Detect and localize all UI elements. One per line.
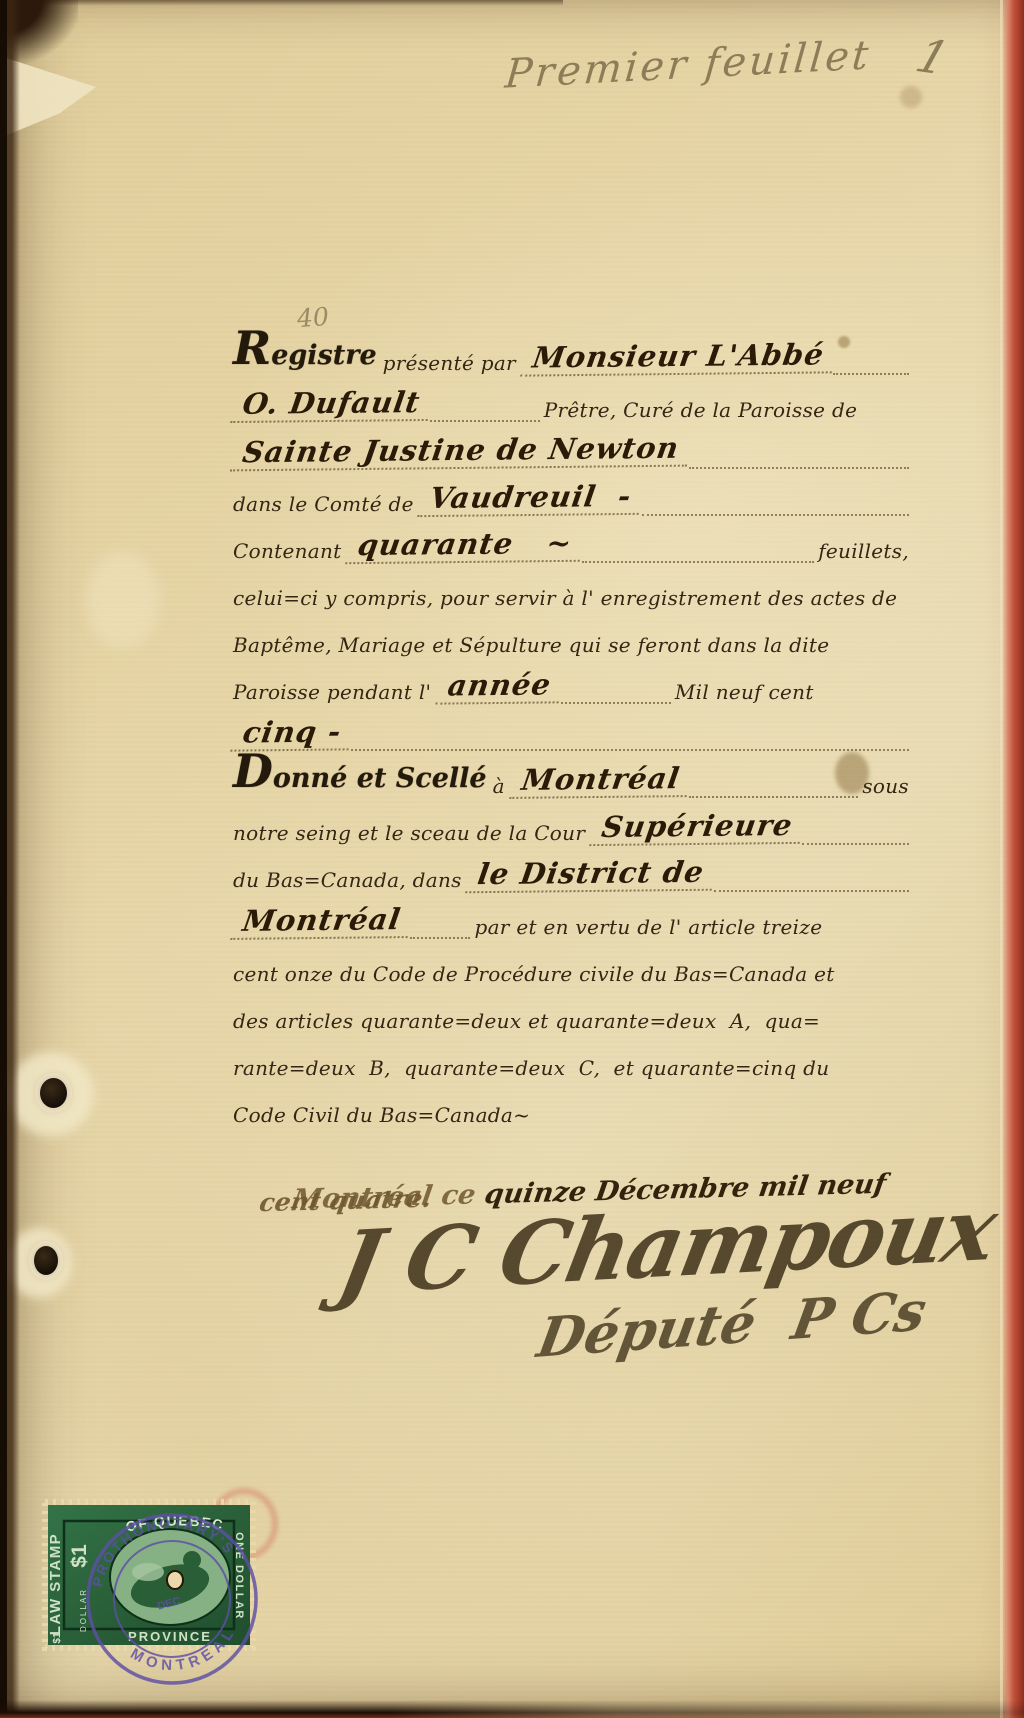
printed-lead-registre: Registre (233, 321, 377, 375)
handwritten-fill: Sainte Justine de Newton (230, 431, 692, 472)
stamp-left-value: $1 (68, 1544, 91, 1568)
printed-text: Mil neuf cent (675, 680, 814, 704)
form-line: O. Dufault Prêtre, Curé de la Paroisse d… (233, 375, 909, 422)
dotted-rule (802, 838, 909, 845)
handwritten-fill: Montréal (509, 761, 692, 799)
register-scan-page: Premier feuillet 1 40 Registre présenté … (0, 0, 1024, 1718)
printed-text: Paroisse pendant l' (233, 680, 438, 704)
form-line: Code Civil du Bas=Canada~ (233, 1080, 909, 1127)
printed-text: Contenant (233, 539, 348, 563)
dotted-rule (833, 368, 909, 375)
printed-text: des articles quarante=deux et quarante=d… (233, 1009, 820, 1033)
page-number: 1 (910, 29, 956, 85)
book-gutter-edge (0, 0, 20, 1718)
dotted-rule (561, 697, 671, 704)
printed-text: celui=ci y compris, pour servir à l' enr… (233, 586, 897, 610)
stamp-figure-head (183, 1551, 201, 1569)
printed-text: rante=deux B, quarante=deux C, et quaran… (233, 1056, 829, 1080)
form-line: Baptême, Mariage et Sépulture qui se fer… (233, 610, 909, 657)
pencil-note-premier-feuillet: Premier feuillet (503, 32, 873, 97)
stamp-punch-hole (167, 1571, 183, 1589)
handwritten-fill: le District de (466, 855, 717, 894)
handwritten-fill: cinq - (230, 714, 354, 751)
stamp-corner-value: $1 (52, 1632, 63, 1644)
printed-text: présenté par (383, 351, 523, 375)
printed-text: du Bas=Canada, dans (233, 868, 468, 892)
book-cover-red-edge (1002, 0, 1024, 1718)
handwritten-fill: Montréal (230, 902, 413, 940)
punch-hole-bottom (34, 1246, 58, 1275)
form-line: Contenant quarante ~ feuillets, (233, 516, 909, 563)
form-line: des articles quarante=deux et quarante=d… (233, 986, 909, 1033)
form-line: cent onze du Code de Procédure civile du… (233, 939, 909, 986)
handwritten-fill: année (435, 667, 563, 704)
dotted-rule (689, 791, 858, 798)
book-bottom-edge (0, 1700, 1024, 1718)
dotted-rule (430, 415, 540, 422)
handwritten-fill: quarante ~ (345, 526, 584, 564)
page-top-edge-shadow (0, 0, 563, 6)
form-line: dans le Comté de Vaudreuil - (233, 469, 909, 516)
dotted-rule (642, 509, 909, 516)
dotted-rule (714, 885, 909, 892)
dotted-rule (582, 556, 814, 563)
handwritten-fill: Monsieur L'Abbé (520, 337, 836, 376)
form-line: celui=ci y compris, pour servir à l' enr… (233, 563, 909, 610)
quebec-law-stamp: LAW STAMP $1 DOLLAR $1 OF QUEBEC ONE DOL… (40, 1492, 270, 1697)
form-line: Donné et Scellé à Montréal sous (233, 751, 909, 798)
printed-text: Prêtre, Curé de la Paroisse de (544, 398, 857, 422)
printed-text: notre seing et le sceau de la Cour (233, 821, 592, 845)
form-line: Paroisse pendant l' année Mil neuf cent (233, 657, 909, 704)
printed-text: feuillets, (818, 539, 909, 563)
light-stain (86, 552, 160, 648)
printed-text: à (493, 774, 512, 798)
handwritten-fill: O. Dufault (230, 385, 432, 423)
stamp-bottom-label: PROVINCE (128, 1629, 212, 1644)
punch-hole-top (40, 1078, 67, 1108)
printed-text: dans le Comté de (233, 492, 420, 516)
printed-text: cent onze du Code de Procédure civile du… (233, 962, 835, 986)
dotted-rule (410, 932, 470, 939)
printed-text: par et en vertu de l' article treize (474, 915, 822, 939)
printed-text: Code Civil du Bas=Canada~ (233, 1103, 530, 1127)
form-line: Montréal par et en vertu de l' article t… (233, 892, 909, 939)
handwritten-fill: Supérieure (589, 808, 805, 846)
form-line: Registre présenté par Monsieur L'Abbé (233, 328, 909, 375)
printed-text: Baptême, Mariage et Sépulture qui se fer… (233, 633, 829, 657)
register-form: Registre présenté par Monsieur L'Abbé O.… (233, 328, 909, 1127)
form-line: notre seing et le sceau de la Cour Supér… (233, 798, 909, 845)
handwritten-fill: Vaudreuil - (418, 479, 645, 517)
dotted-rule (689, 462, 909, 469)
law-stamp-graphic: LAW STAMP $1 DOLLAR $1 OF QUEBEC ONE DOL… (40, 1492, 270, 1697)
stamp-left-label: LAW STAMP (47, 1533, 64, 1635)
form-line: cinq - (233, 704, 909, 751)
stamp-highlight (132, 1563, 164, 1581)
form-line: du Bas=Canada, dans le District de (233, 845, 909, 892)
printed-text: sous (862, 774, 909, 798)
form-line: rante=deux B, quarante=deux C, et quaran… (233, 1033, 909, 1080)
fox-spot-2 (900, 86, 922, 108)
printed-lead-donne: Donné et Scellé (233, 744, 487, 798)
form-line: Sainte Justine de Newton (233, 422, 909, 469)
